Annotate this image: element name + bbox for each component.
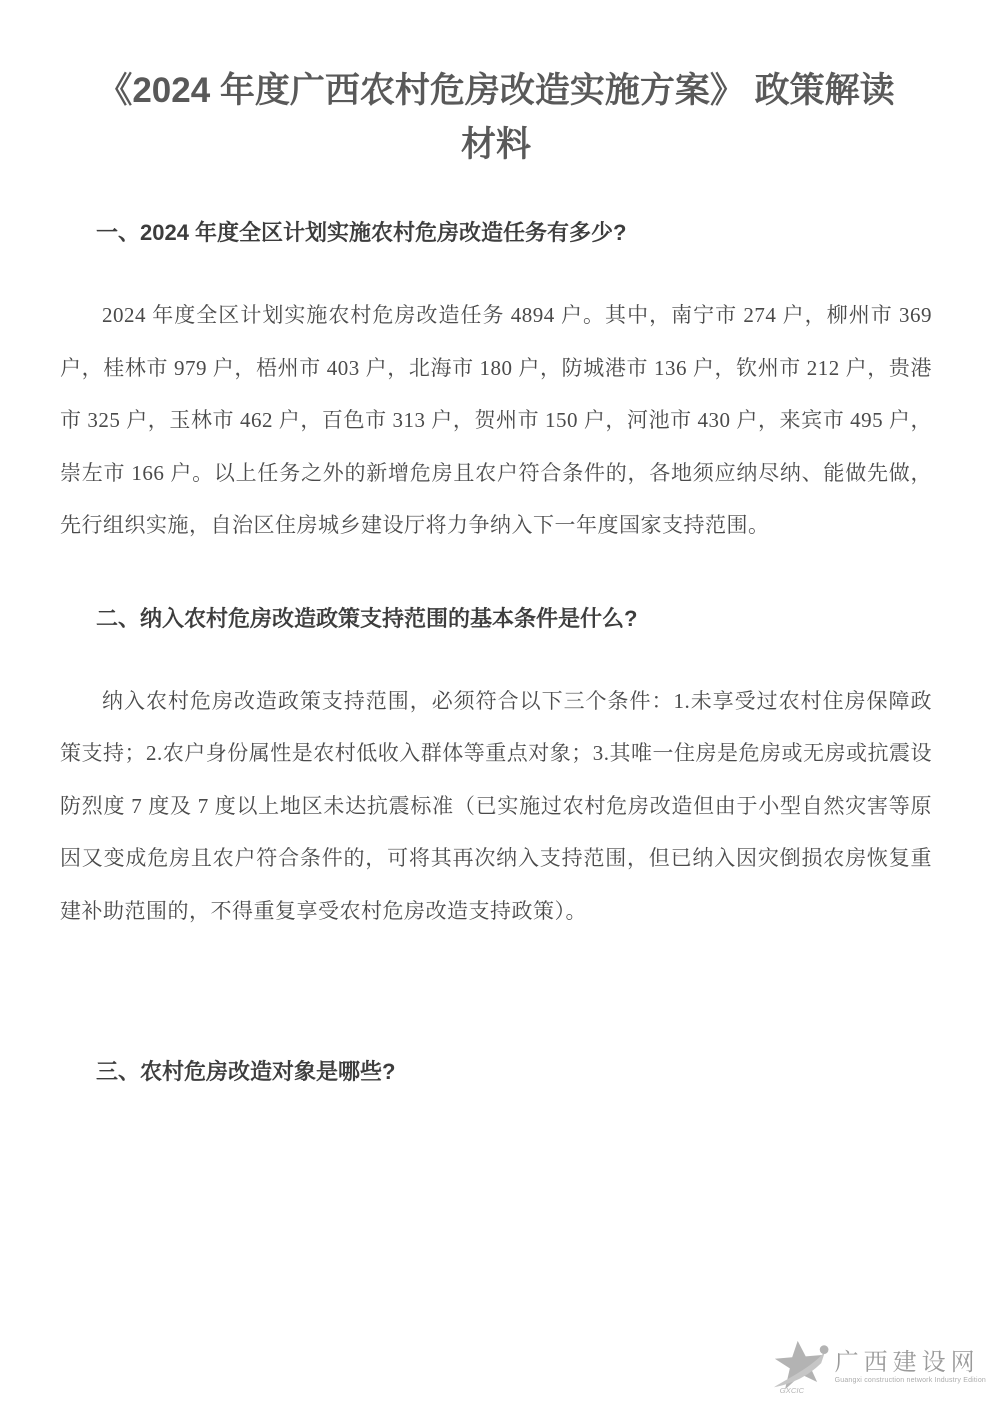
document-page: 《2024 年度广西农村危房改造实施方案》 政策解读材料 一、2024 年度全区… xyxy=(0,0,992,1403)
watermark-caption: Guangxi construction network Industry Ed… xyxy=(835,1376,986,1385)
section-3: 三、农村危房改造对象是哪些? xyxy=(60,1055,932,1088)
section-1-heading: 一、2024 年度全区计划实施农村危房改造任务有多少? xyxy=(60,216,932,249)
section-1: 一、2024 年度全区计划实施农村危房改造任务有多少? 2024 年度全区计划实… xyxy=(60,216,932,552)
watermark-text: 广西建设网 Guangxi construction network Indus… xyxy=(835,1350,986,1385)
logo-acronym: GXCIC xyxy=(779,1386,804,1395)
document-title: 《2024 年度广西农村危房改造实施方案》 政策解读材料 xyxy=(86,64,906,172)
star-logo-icon: GXCIC xyxy=(768,1339,830,1395)
section-2: 二、纳入农村危房改造政策支持范围的基本条件是什么? 纳入农村危房改造政策支持范围… xyxy=(60,602,932,938)
site-watermark: GXCIC 广西建设网 Guangxi construction network… xyxy=(768,1339,986,1395)
section-2-paragraph: 纳入农村危房改造政策支持范围，必须符合以下三个条件：1.未享受过农村住房保障政策… xyxy=(60,675,932,938)
section-2-heading: 二、纳入农村危房改造政策支持范围的基本条件是什么? xyxy=(60,602,932,635)
section-1-paragraph: 2024 年度全区计划实施农村危房改造任务 4894 户。其中，南宁市 274 … xyxy=(60,289,932,552)
watermark-site-name: 广西建设网 xyxy=(835,1350,980,1376)
section-3-heading: 三、农村危房改造对象是哪些? xyxy=(60,1055,932,1088)
